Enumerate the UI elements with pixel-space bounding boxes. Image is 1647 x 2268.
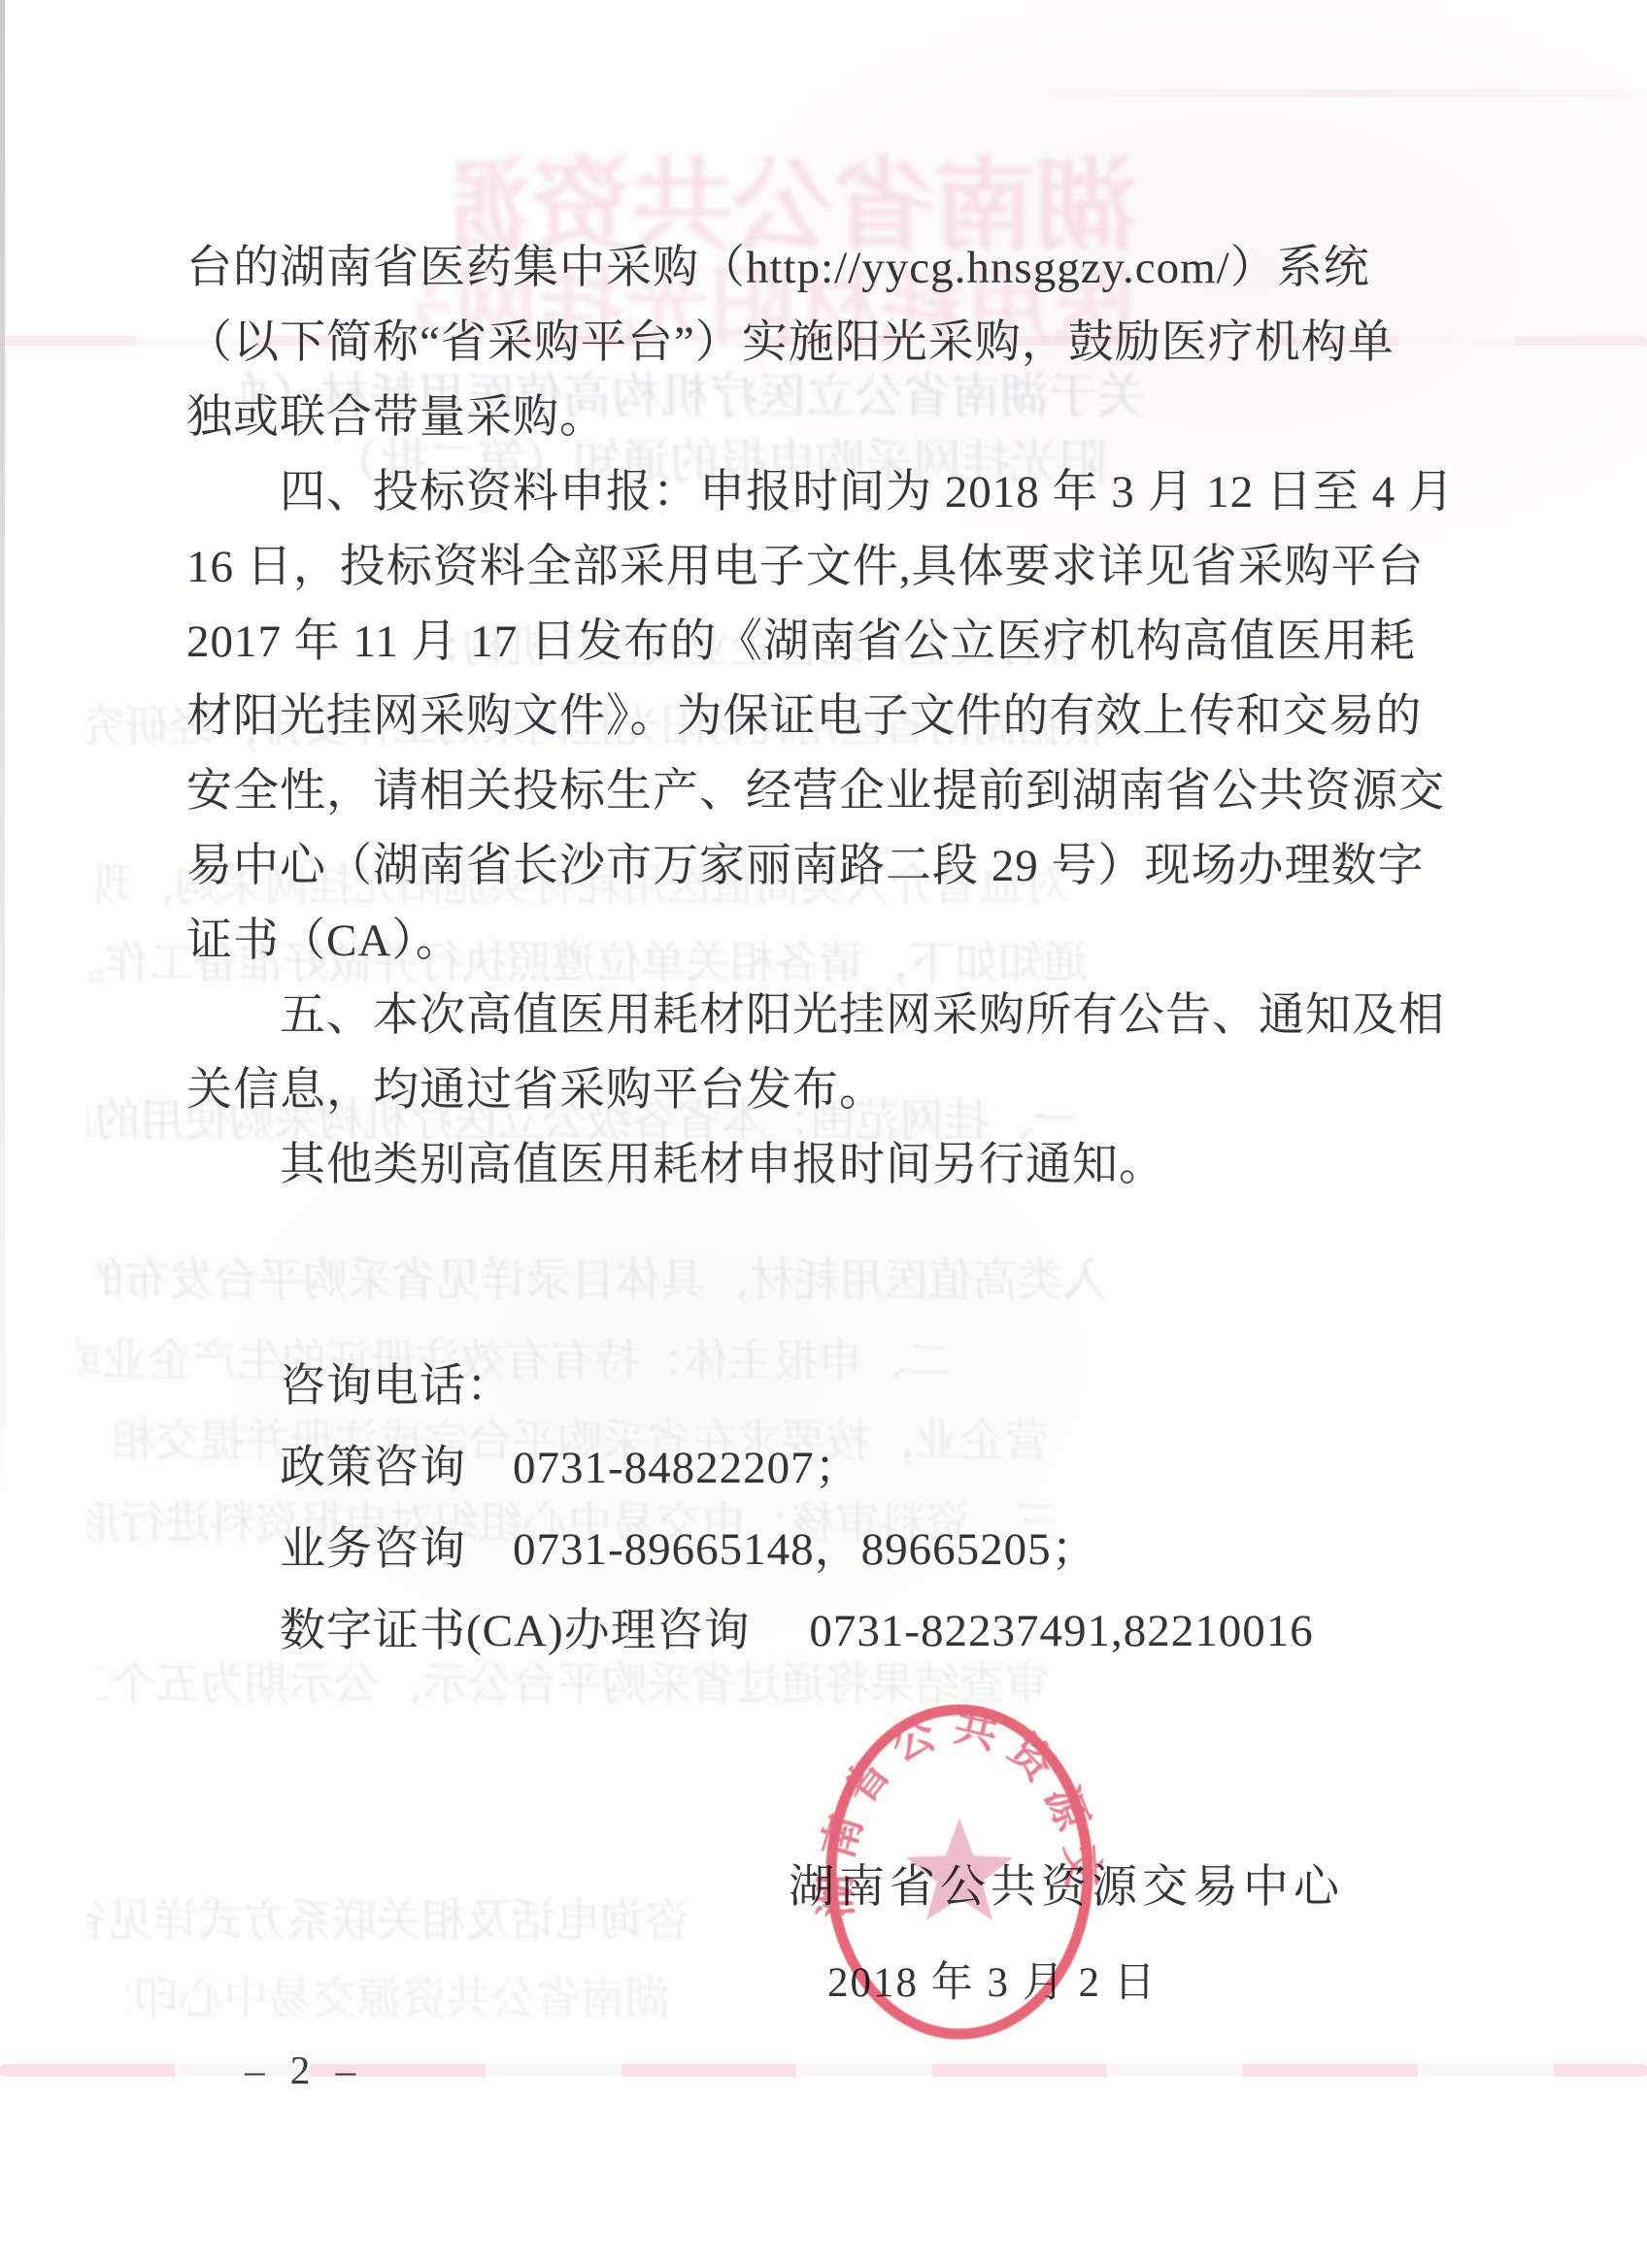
scan-edge-artifact: [0, 0, 5, 1515]
page-number: – 2 –: [245, 2047, 363, 2093]
pink-streak-artifact: [1049, 89, 1647, 97]
body-line: 台的湖南省医药集中采购（http://yycg.hnsggzy.com/）系统: [186, 231, 1453, 306]
business-phone-line: 业务咨询 0731-89665148，89665205；: [280, 1509, 1445, 1590]
official-seal: 湖南省公共资源交易中心: [814, 1697, 1105, 2047]
contact-phone-block: 咨询电话： 政策咨询 0731-84822207； 业务咨询 0731-8966…: [280, 1346, 1445, 1672]
body-line: 其他类别高值医用耗材申报时间另行通知。: [186, 1128, 1453, 1203]
body-line: 2017 年 11 月 17 日发布的《湖南省公立医疗机构高值医用耗: [186, 605, 1453, 680]
body-line: 材阳光挂网采购文件》。为保证电子文件的有效上传和交易的: [186, 680, 1453, 754]
body-line: 独或联合带量采购。: [186, 381, 1453, 455]
scanned-document-page: 湖南省公共资源交易中心文件 医用耗材阳光挂网采购公告 关于湖南省公立医疗机构高值…: [0, 0, 1647, 2268]
body-line: 证书（CA）。: [186, 904, 1453, 979]
body-line: 五、本次高值医用耗材阳光挂网采购所有公告、通知及相: [186, 979, 1453, 1053]
bleedthrough-text: 湖南省公共资源交易中心印发: [126, 1963, 670, 2027]
policy-phone-line: 政策咨询 0731-84822207；: [280, 1427, 1445, 1509]
contact-heading: 咨询电话：: [280, 1346, 1445, 1427]
seal-star-icon: [906, 1818, 1013, 1920]
ca-phone-line: 数字证书(CA)办理咨询 0731-82237491,82210016: [280, 1590, 1445, 1672]
body-line: 安全性，请相关投标生产、经营企业提前到湖南省公共资源交: [186, 754, 1453, 829]
bleedthrough-text: 咨询电话及相关联系方式详见省采购平台通知公告栏目。: [87, 1885, 689, 1950]
bleedthrough-text: 入类高值医用耗材，具体目录详见省采购平台发布的附件内容: [97, 1245, 1107, 1309]
body-line: 易中心（湖南省长沙市万家丽南路二段 29 号）现场办理数字: [186, 829, 1453, 904]
body-line: 16 日，投标资料全部采用电子文件,具体要求详见省采购平台: [186, 530, 1453, 605]
body-line: 四、投标资料申报：申报时间为 2018 年 3 月 12 日至 4 月: [186, 455, 1453, 530]
body-line: （以下简称“省采购平台”）实施阳光采购，鼓励医疗机构单: [186, 306, 1453, 381]
document-body: 台的湖南省医药集中采购（http://yycg.hnsggzy.com/）系统 …: [186, 231, 1453, 1203]
body-line: 关信息，均通过省采购平台发布。: [186, 1053, 1453, 1128]
